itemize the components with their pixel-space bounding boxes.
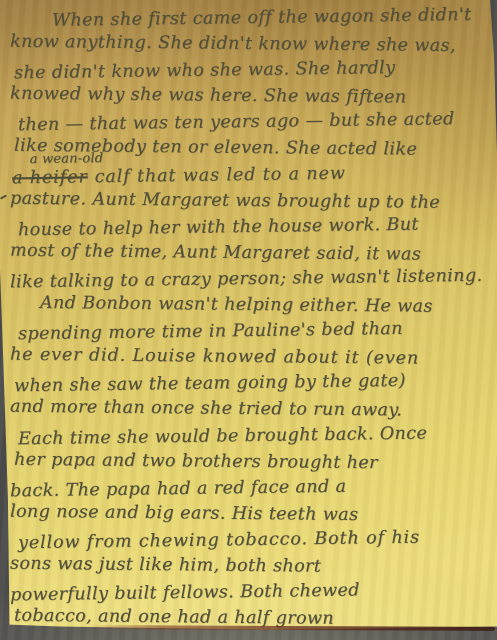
interline-insertion: a wean-old — [30, 153, 104, 166]
handwritten-text-block: When she first came off the wagon she di… — [10, 5, 492, 631]
line-text: calf that was led to a new — [94, 163, 345, 187]
struck-word: a heifer — [12, 167, 88, 188]
manuscript-photo: When she first came off the wagon she di… — [0, 0, 497, 640]
